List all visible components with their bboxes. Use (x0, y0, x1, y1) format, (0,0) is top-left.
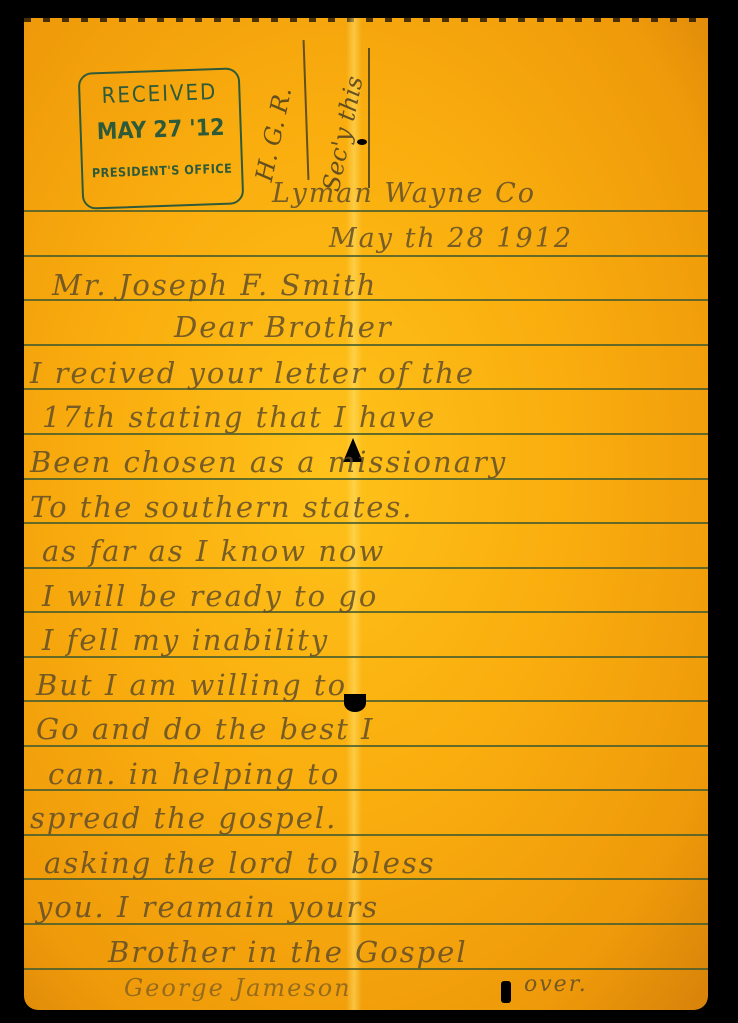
over-note: over. (524, 972, 588, 997)
body-line: I recived your letter of the (30, 356, 475, 390)
body-line: To the southern states. (30, 490, 414, 524)
ruled-line (24, 344, 708, 346)
body-line: Go and do the best I (36, 712, 374, 746)
greeting: Dear Brother (174, 310, 393, 344)
stamp-office: PRESIDENT'S OFFICE (83, 160, 241, 181)
body-line: asking the lord to bless (44, 846, 436, 880)
letter-date: May th 28 1912 (329, 223, 573, 254)
hole-mark (357, 139, 367, 145)
stamp-date: MAY 27 '12 (81, 114, 240, 145)
body-line: But I am willing to (36, 668, 347, 702)
margin-initials: H. G. R. (250, 85, 297, 184)
body-line: as far as I know now (42, 534, 385, 568)
ruled-line (24, 210, 708, 212)
body-line: you. I reamain yours (36, 890, 379, 924)
stamp-received: RECEIVED (80, 79, 239, 109)
pencil-line (303, 40, 310, 180)
received-stamp: RECEIVED MAY 27 '12 PRESIDENT'S OFFICE (78, 67, 245, 210)
closing: Brother in the Gospel (108, 935, 468, 969)
body-line: can. in helping to (48, 757, 340, 791)
pencil-line (368, 48, 370, 188)
hole-mark (501, 981, 511, 1003)
letter-place: Lyman Wayne Co (272, 178, 536, 209)
addressee: Mr. Joseph F. Smith (52, 268, 377, 302)
body-line: Been chosen as a missionary (30, 445, 507, 479)
body-line: I fell my inability (42, 623, 329, 657)
signature: George Jameson (124, 974, 352, 1002)
body-line: spread the gospel. (30, 801, 337, 835)
hole-mark (344, 694, 366, 712)
body-line: 17th stating that I have (42, 400, 436, 434)
letter-page: RECEIVED MAY 27 '12 PRESIDENT'S OFFICE H… (24, 18, 708, 1010)
body-line: I will be ready to go (42, 579, 378, 613)
ruled-line (24, 255, 708, 257)
